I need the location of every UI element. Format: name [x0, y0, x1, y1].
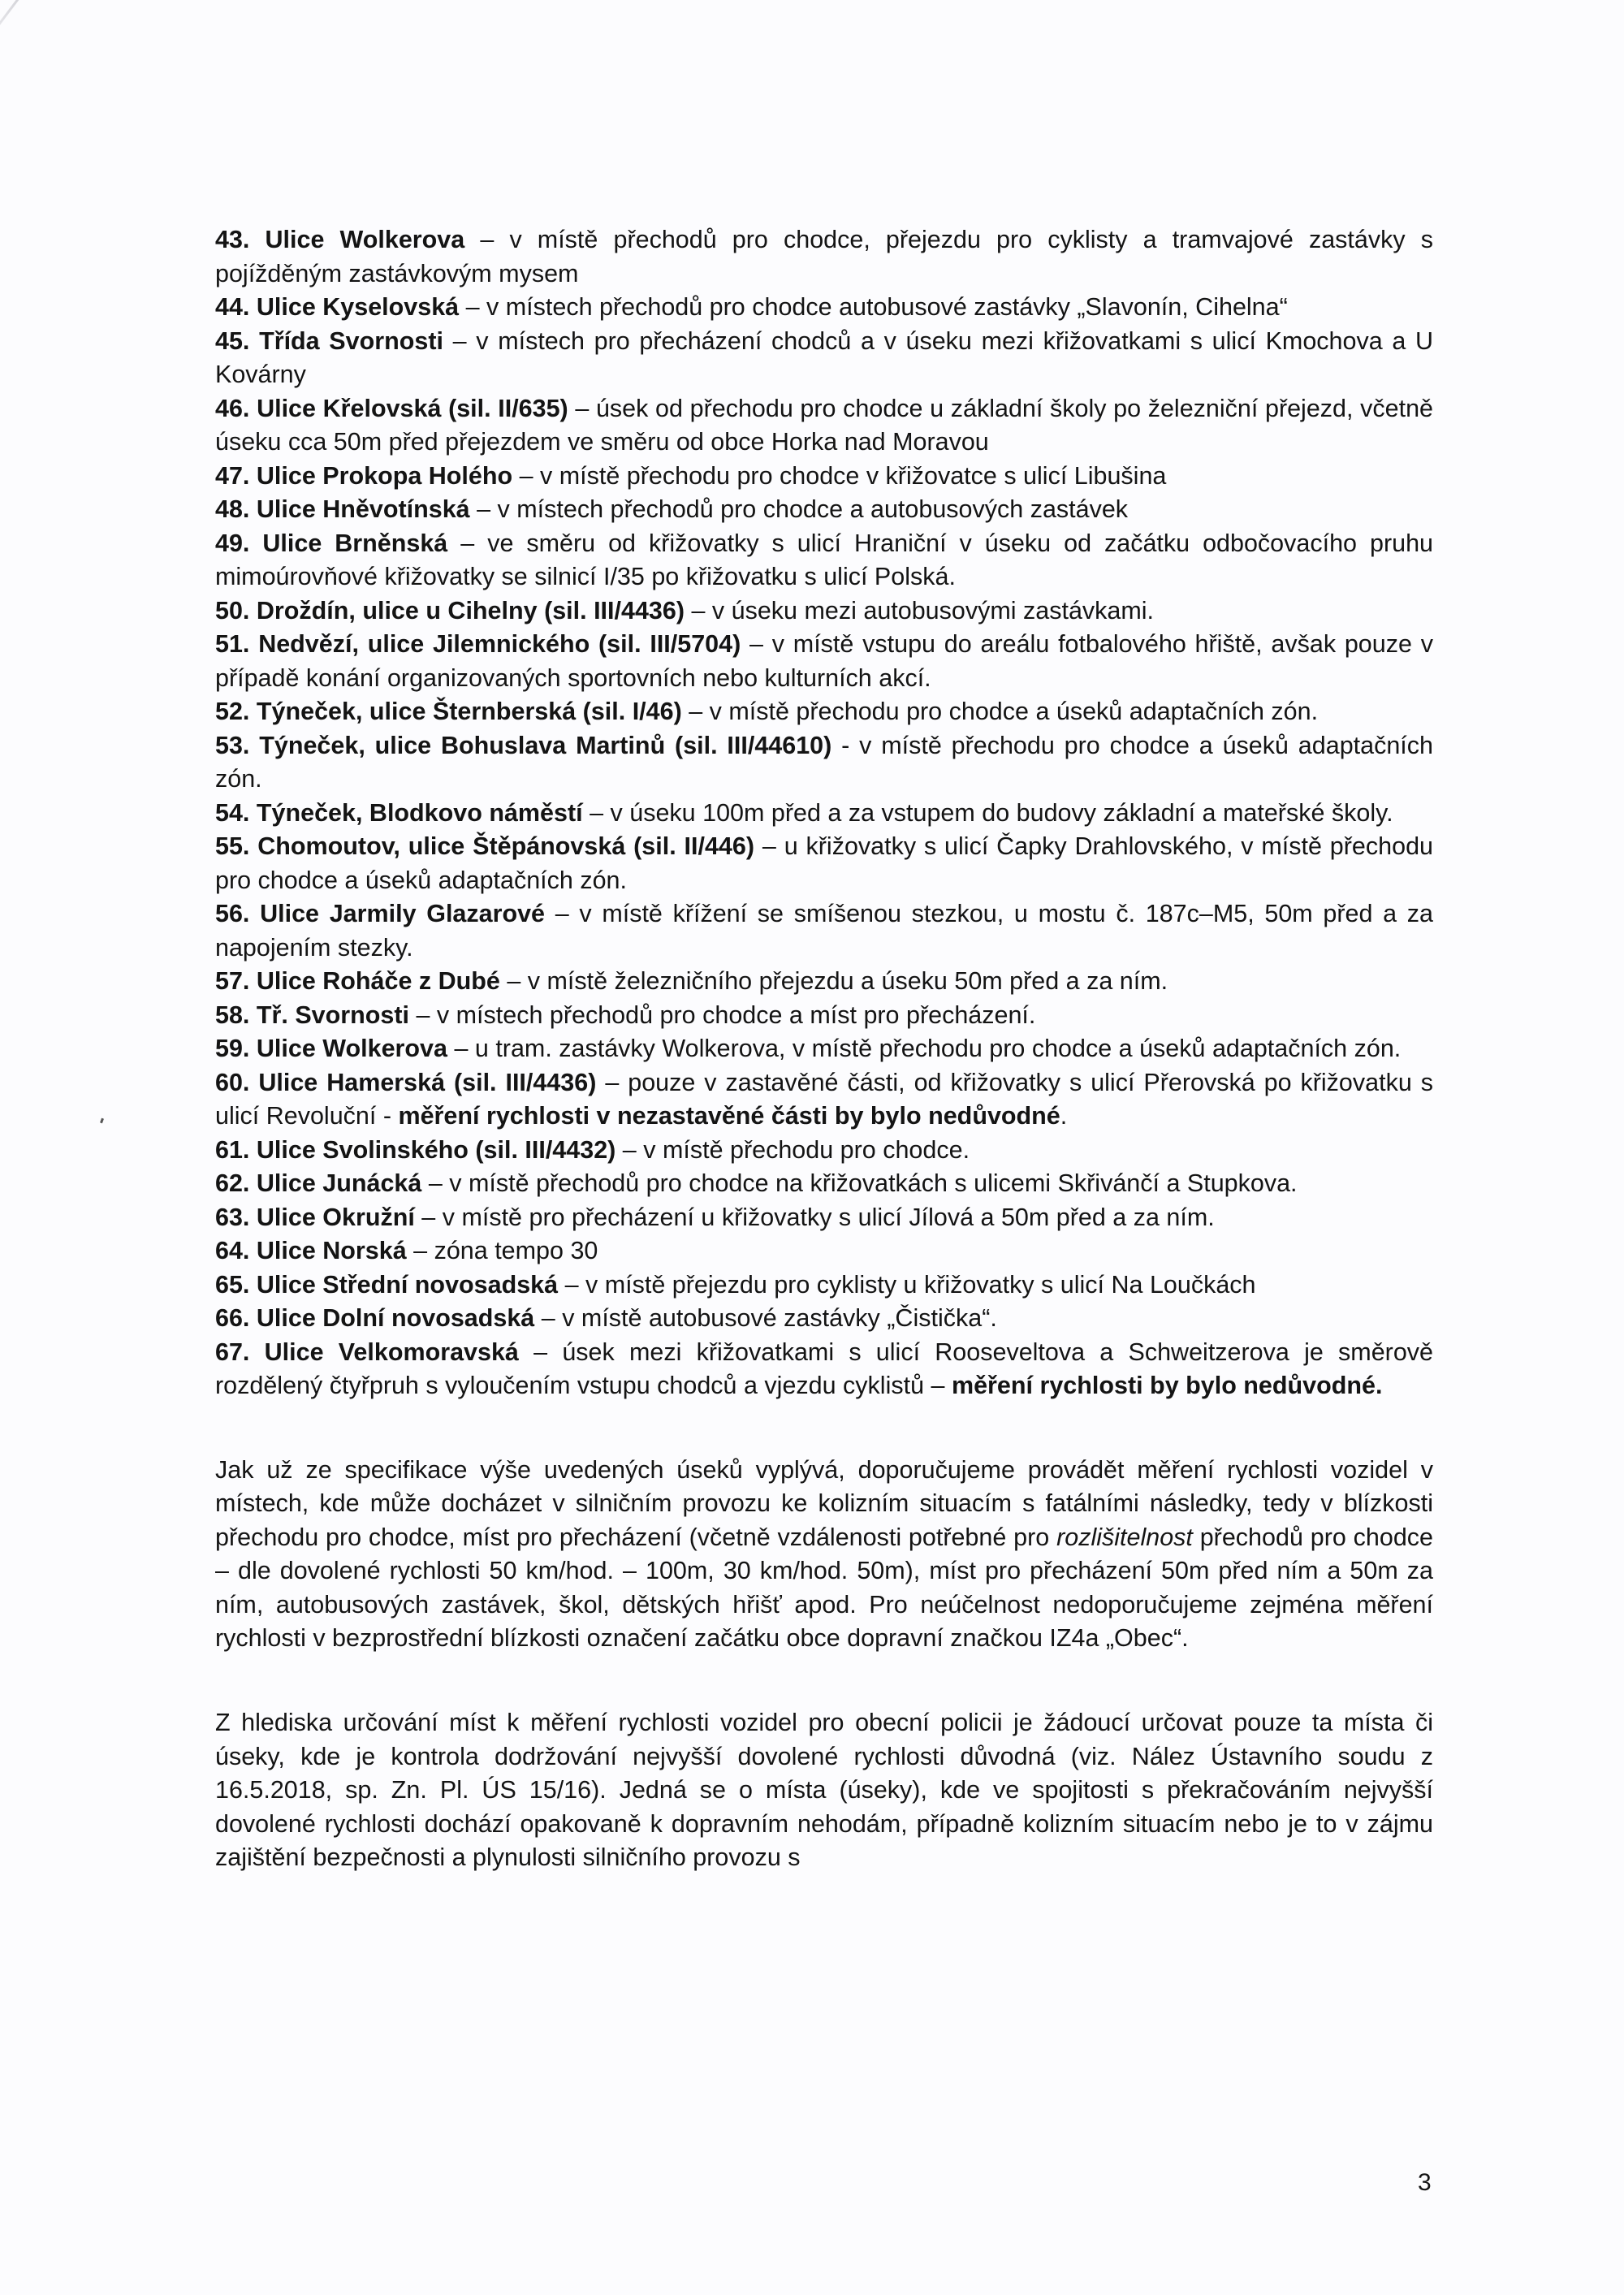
item-number: 53. [215, 732, 249, 759]
spacer [215, 1656, 1433, 1706]
item-location: Týneček, Blodkovo náměstí [257, 799, 583, 827]
list-item: 56. Ulice Jarmily Glazarové – v místě kř… [215, 897, 1433, 965]
item-number: 59. [215, 1035, 249, 1062]
space [249, 1338, 264, 1366]
space [249, 967, 256, 995]
list-item: 67. Ulice Velkomoravská – úsek mezi křiž… [215, 1336, 1433, 1403]
item-number: 67. [215, 1338, 249, 1366]
item-number: 52. [215, 698, 249, 725]
space [249, 597, 256, 625]
list-item: 54. Týneček, Blodkovo náměstí – v úseku … [215, 797, 1433, 831]
item-location: Droždín, ulice u Cihelny (sil. III/4436) [257, 597, 685, 625]
item-number: 48. [215, 495, 249, 523]
item-number: 60. [215, 1069, 249, 1096]
space [249, 1204, 256, 1231]
list-item: 60. Ulice Hamerská (sil. III/4436) – pou… [215, 1066, 1433, 1134]
item-location: Ulice Svolinského (sil. III/4432) [257, 1136, 615, 1164]
item-description: – v místě přejezdu pro cyklisty u křižov… [558, 1271, 1255, 1299]
space [249, 529, 262, 557]
item-description: – v místě přechodu pro chodce a úseků ad… [682, 698, 1318, 725]
item-emphasis: měření rychlosti by bylo nedůvodné. [952, 1372, 1382, 1399]
list-item: 57. Ulice Roháče z Dubé – v místě železn… [215, 965, 1433, 999]
list-item: 48. Ulice Hněvotínská – v místech přecho… [215, 493, 1433, 527]
list-item: 47. Ulice Prokopa Holého – v místě přech… [215, 460, 1433, 494]
list-item: 44. Ulice Kyselovská – v místech přechod… [215, 291, 1433, 325]
item-number: 63. [215, 1204, 249, 1231]
item-description: – v úseku 100m před a za vstupem do budo… [583, 799, 1393, 827]
space [249, 462, 256, 490]
spacer [215, 1403, 1433, 1454]
item-description: – v místech přechodů pro chodce autobuso… [459, 293, 1288, 321]
scan-fold-mark [0, 0, 115, 67]
space [249, 1069, 258, 1096]
item-location: Ulice Okružní [257, 1204, 415, 1231]
item-location: Ulice Křelovská (sil. II/635) [257, 395, 568, 422]
list-item: 62. Ulice Junácká – v místě přechodů pro… [215, 1167, 1433, 1201]
list-item: 55. Chomoutov, ulice Štěpánovská (sil. I… [215, 830, 1433, 897]
item-number: 45. [215, 327, 249, 355]
document-page: 43. Ulice Wolkerova – v místě přechodů p… [0, 0, 1624, 2295]
item-number: 64. [215, 1237, 249, 1264]
item-description: – v místě přechodu pro chodce. [615, 1136, 970, 1164]
item-location: Třída Svornosti [259, 327, 443, 355]
list-item: 49. Ulice Brněnská – ve směru od křižova… [215, 527, 1433, 594]
space [249, 1001, 256, 1029]
item-description: – v místech přechodů pro chodce a míst p… [409, 1001, 1035, 1029]
item-location: Ulice Hamerská (sil. III/4436) [258, 1069, 596, 1096]
space [249, 1271, 256, 1299]
item-description: – zóna tempo 30 [407, 1237, 598, 1264]
item-description: – v místě autobusové zastávky „Čistička“… [534, 1304, 997, 1332]
item-number: 43. [215, 226, 249, 253]
item-number: 61. [215, 1136, 249, 1164]
space [249, 327, 259, 355]
item-number: 50. [215, 597, 249, 625]
item-location: Týneček, ulice Šternberská (sil. I/46) [257, 698, 682, 725]
space [249, 698, 256, 725]
list-item: 53. Týneček, ulice Bohuslava Martinů (si… [215, 729, 1433, 797]
space [249, 226, 265, 253]
item-number: 55. [215, 832, 249, 860]
item-location: Ulice Střední novosadská [257, 1271, 558, 1299]
document-body: 43. Ulice Wolkerova – v místě přechodů p… [215, 223, 1433, 1875]
item-description: – v místě pro přecházení u křižovatky s … [415, 1204, 1215, 1231]
item-location: Ulice Roháče z Dubé [257, 967, 500, 995]
item-number: 44. [215, 293, 249, 321]
space [249, 832, 257, 860]
list-item: 46. Ulice Křelovská (sil. II/635) – úsek… [215, 392, 1433, 460]
list-item: 63. Ulice Okružní – v místě pro přecháze… [215, 1201, 1433, 1235]
list-item: 58. Tř. Svornosti – v místech přechodů p… [215, 999, 1433, 1033]
recommendation-paragraph: Jak už ze specifikace výše uvedených úse… [215, 1454, 1433, 1657]
item-location: Ulice Brněnská [262, 529, 447, 557]
location-list: 43. Ulice Wolkerova – v místě přechodů p… [215, 223, 1433, 1403]
item-location: Ulice Velkomoravská [265, 1338, 519, 1366]
list-item: 61. Ulice Svolinského (sil. III/4432) – … [215, 1134, 1433, 1168]
item-location: Chomoutov, ulice Štěpánovská (sil. II/44… [257, 832, 754, 860]
list-item: 59. Ulice Wolkerova – u tram. zastávky W… [215, 1032, 1433, 1066]
item-location: Ulice Hněvotínská [257, 495, 470, 523]
item-description: – u tram. zastávky Wolkerova, v místě př… [447, 1035, 1401, 1062]
item-location: Ulice Dolní novosadská [257, 1304, 534, 1332]
item-location: Ulice Kyselovská [257, 293, 459, 321]
item-number: 51. [215, 630, 249, 658]
item-description: – v místě železničního přejezdu a úseku … [500, 967, 1168, 995]
item-number: 57. [215, 967, 249, 995]
list-item: 50. Droždín, ulice u Cihelny (sil. III/4… [215, 594, 1433, 629]
item-location: Ulice Wolkerova [266, 226, 465, 253]
item-number: 58. [215, 1001, 249, 1029]
item-number: 54. [215, 799, 249, 827]
space [249, 1304, 256, 1332]
space [249, 1136, 256, 1164]
list-item: 64. Ulice Norská – zóna tempo 30 [215, 1234, 1433, 1269]
item-number: 49. [215, 529, 249, 557]
item-description: – v místě přechodu pro chodce v křižovat… [512, 462, 1166, 490]
item-location: Ulice Junácká [257, 1169, 421, 1197]
item-description: – v místech přechodů pro chodce a autobu… [470, 495, 1128, 523]
list-item: 52. Týneček, ulice Šternberská (sil. I/4… [215, 695, 1433, 729]
space [249, 293, 256, 321]
item-number: 62. [215, 1169, 249, 1197]
item-location: Ulice Prokopa Holého [257, 462, 512, 490]
item-description: – v místě přechodů pro chodce na křižova… [421, 1169, 1297, 1197]
item-number: 56. [215, 900, 249, 927]
space [249, 495, 256, 523]
space [249, 799, 256, 827]
list-item: 43. Ulice Wolkerova – v místě přechodů p… [215, 223, 1433, 291]
item-location: Tř. Svornosti [257, 1001, 409, 1029]
space [249, 732, 259, 759]
item-description: – v úseku mezi autobusovými zastávkami. [685, 597, 1154, 625]
item-emphasis: měření rychlosti v nezastavěné části by … [398, 1102, 1060, 1130]
item-location: Ulice Norská [257, 1237, 407, 1264]
item-location: Ulice Jarmily Glazarové [260, 900, 545, 927]
list-item: 65. Ulice Střední novosadská – v místě p… [215, 1269, 1433, 1303]
list-item: 45. Třída Svornosti – v místech pro přec… [215, 325, 1433, 392]
space [249, 1237, 256, 1264]
list-item: 51. Nedvězí, ulice Jilemnického (sil. II… [215, 628, 1433, 695]
list-item: 66. Ulice Dolní novosadská – v místě aut… [215, 1302, 1433, 1336]
scan-speck [100, 1118, 104, 1124]
item-tail: . [1060, 1102, 1067, 1130]
space [249, 1035, 256, 1062]
item-location: Ulice Wolkerova [257, 1035, 447, 1062]
item-location: Týneček, ulice Bohuslava Martinů (sil. I… [259, 732, 831, 759]
item-number: 66. [215, 1304, 249, 1332]
item-location: Nedvězí, ulice Jilemnického (sil. III/57… [258, 630, 741, 658]
space [249, 1169, 256, 1197]
space [249, 630, 258, 658]
space [249, 900, 260, 927]
space [249, 395, 257, 422]
item-number: 46. [215, 395, 249, 422]
page-number: 3 [1418, 2169, 1432, 2197]
legal-basis-paragraph: Z hlediska určování míst k měření rychlo… [215, 1706, 1433, 1875]
item-number: 65. [215, 1271, 249, 1299]
item-number: 47. [215, 462, 249, 490]
paragraph-italic-term: rozlišitelnost [1056, 1524, 1193, 1551]
